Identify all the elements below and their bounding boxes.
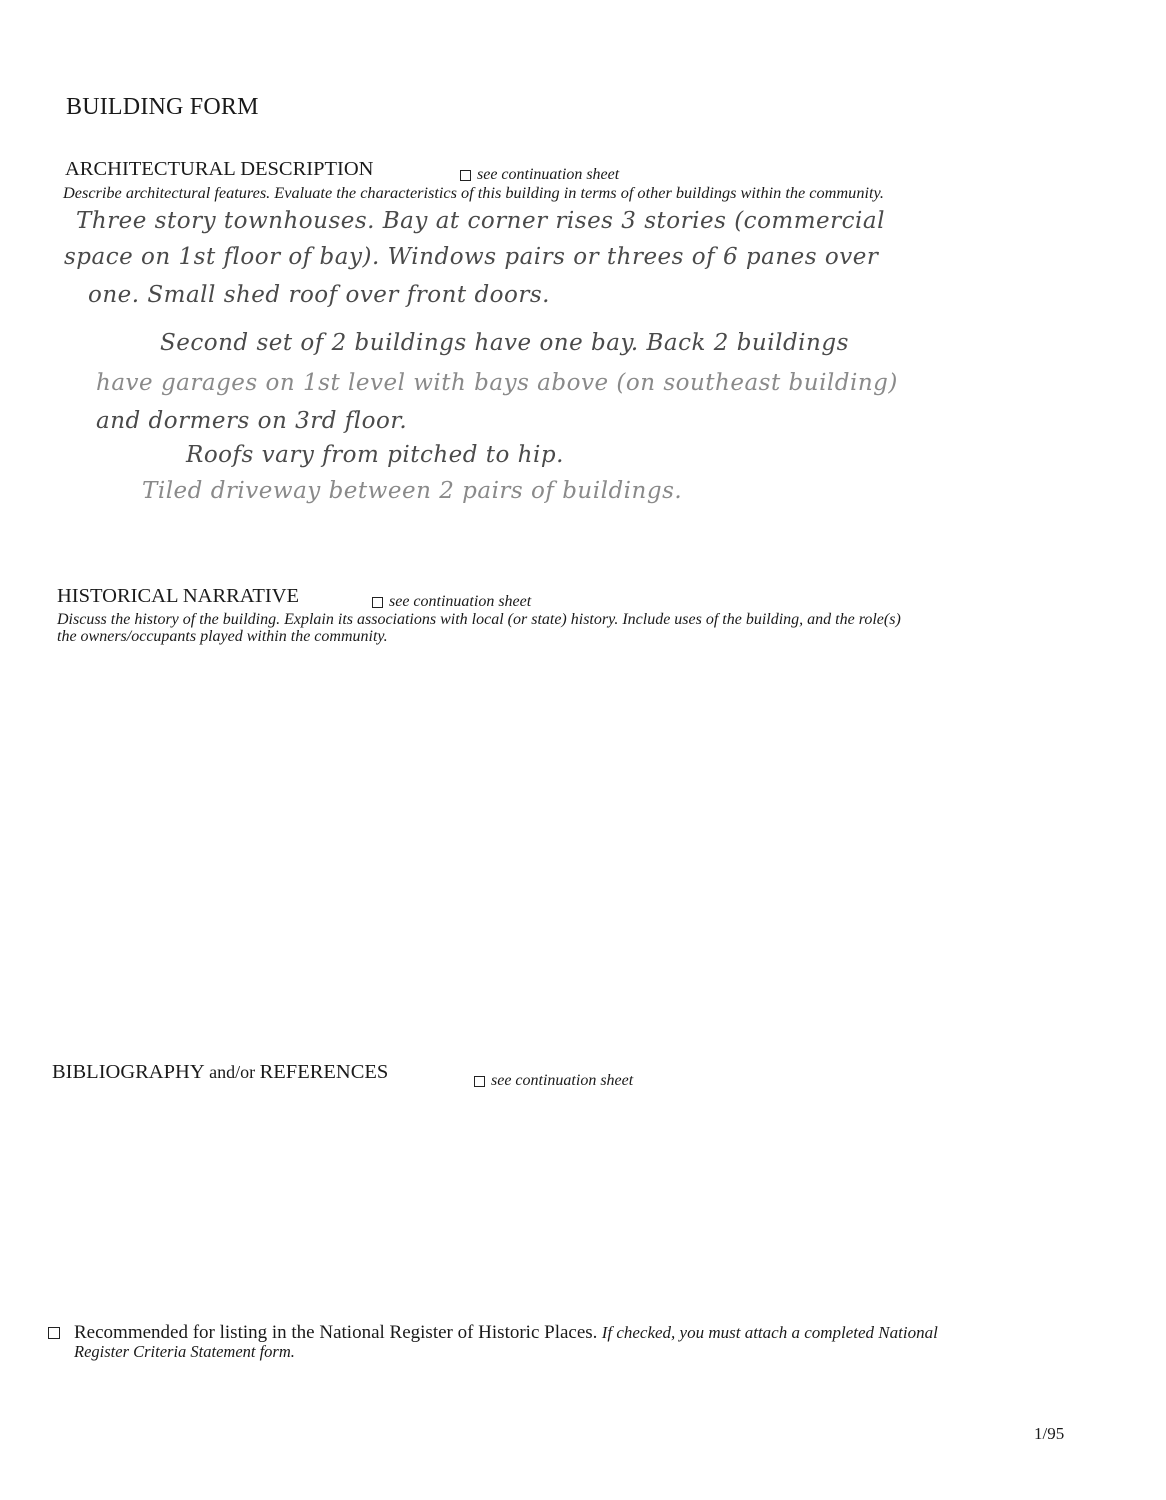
checkbox-icon[interactable]: [474, 1076, 485, 1087]
handwritten-line: and dormers on 3rd floor.: [96, 408, 407, 434]
recommendation-statement: Recommended for listing in the National …: [74, 1322, 938, 1344]
bibliography-heading-mid: and/or: [205, 1062, 260, 1082]
historical-narrative-heading: HISTORICAL NARRATIVE: [57, 585, 299, 608]
architectural-continuation-option[interactable]: see continuation sheet: [460, 166, 619, 184]
continuation-label: see continuation sheet: [477, 166, 619, 184]
continuation-label: see continuation sheet: [389, 593, 531, 611]
checkbox-icon[interactable]: [460, 170, 471, 181]
historical-continuation-option[interactable]: see continuation sheet: [372, 593, 531, 611]
checkbox-icon[interactable]: [372, 597, 383, 608]
handwritten-line: Tiled driveway between 2 pairs of buildi…: [142, 478, 682, 504]
checkbox-icon[interactable]: [48, 1327, 60, 1339]
form-title: BUILDING FORM: [66, 94, 259, 121]
recommendation-checkbox[interactable]: [48, 1326, 60, 1344]
handwritten-line: Second set of 2 buildings have one bay. …: [160, 330, 849, 356]
bibliography-heading: BIBLIOGRAPHY and/or REFERENCES: [52, 1061, 388, 1084]
handwritten-line: have garages on 1st level with bays abov…: [96, 370, 898, 396]
handwritten-line: one. Small shed roof over front doors.: [88, 282, 550, 308]
handwritten-line: Three story townhouses. Bay at corner ri…: [76, 208, 885, 234]
historical-instructions-line2: the owners/occupants played within the c…: [57, 628, 388, 645]
recommendation-note-line2: Register Criteria Statement form.: [74, 1342, 295, 1362]
handwritten-line: Roofs vary from pitched to hip.: [186, 442, 564, 468]
handwritten-line: space on 1st floor of bay). Windows pair…: [64, 244, 878, 270]
architectural-instructions: Describe architectural features. Evaluat…: [63, 184, 884, 201]
bibliography-heading-end: REFERENCES: [260, 1061, 389, 1083]
page-number: 1/95: [1034, 1424, 1064, 1444]
bibliography-heading-main: BIBLIOGRAPHY: [52, 1061, 205, 1083]
architectural-description-heading: ARCHITECTURAL DESCRIPTION: [65, 158, 373, 181]
recommendation-note: If checked, you must attach a completed …: [597, 1323, 937, 1342]
historical-instructions-line1: Discuss the history of the building. Exp…: [57, 611, 901, 628]
recommendation-text: Recommended for listing in the National …: [74, 1322, 597, 1343]
continuation-label: see continuation sheet: [491, 1072, 633, 1090]
bibliography-continuation-option[interactable]: see continuation sheet: [474, 1072, 633, 1090]
